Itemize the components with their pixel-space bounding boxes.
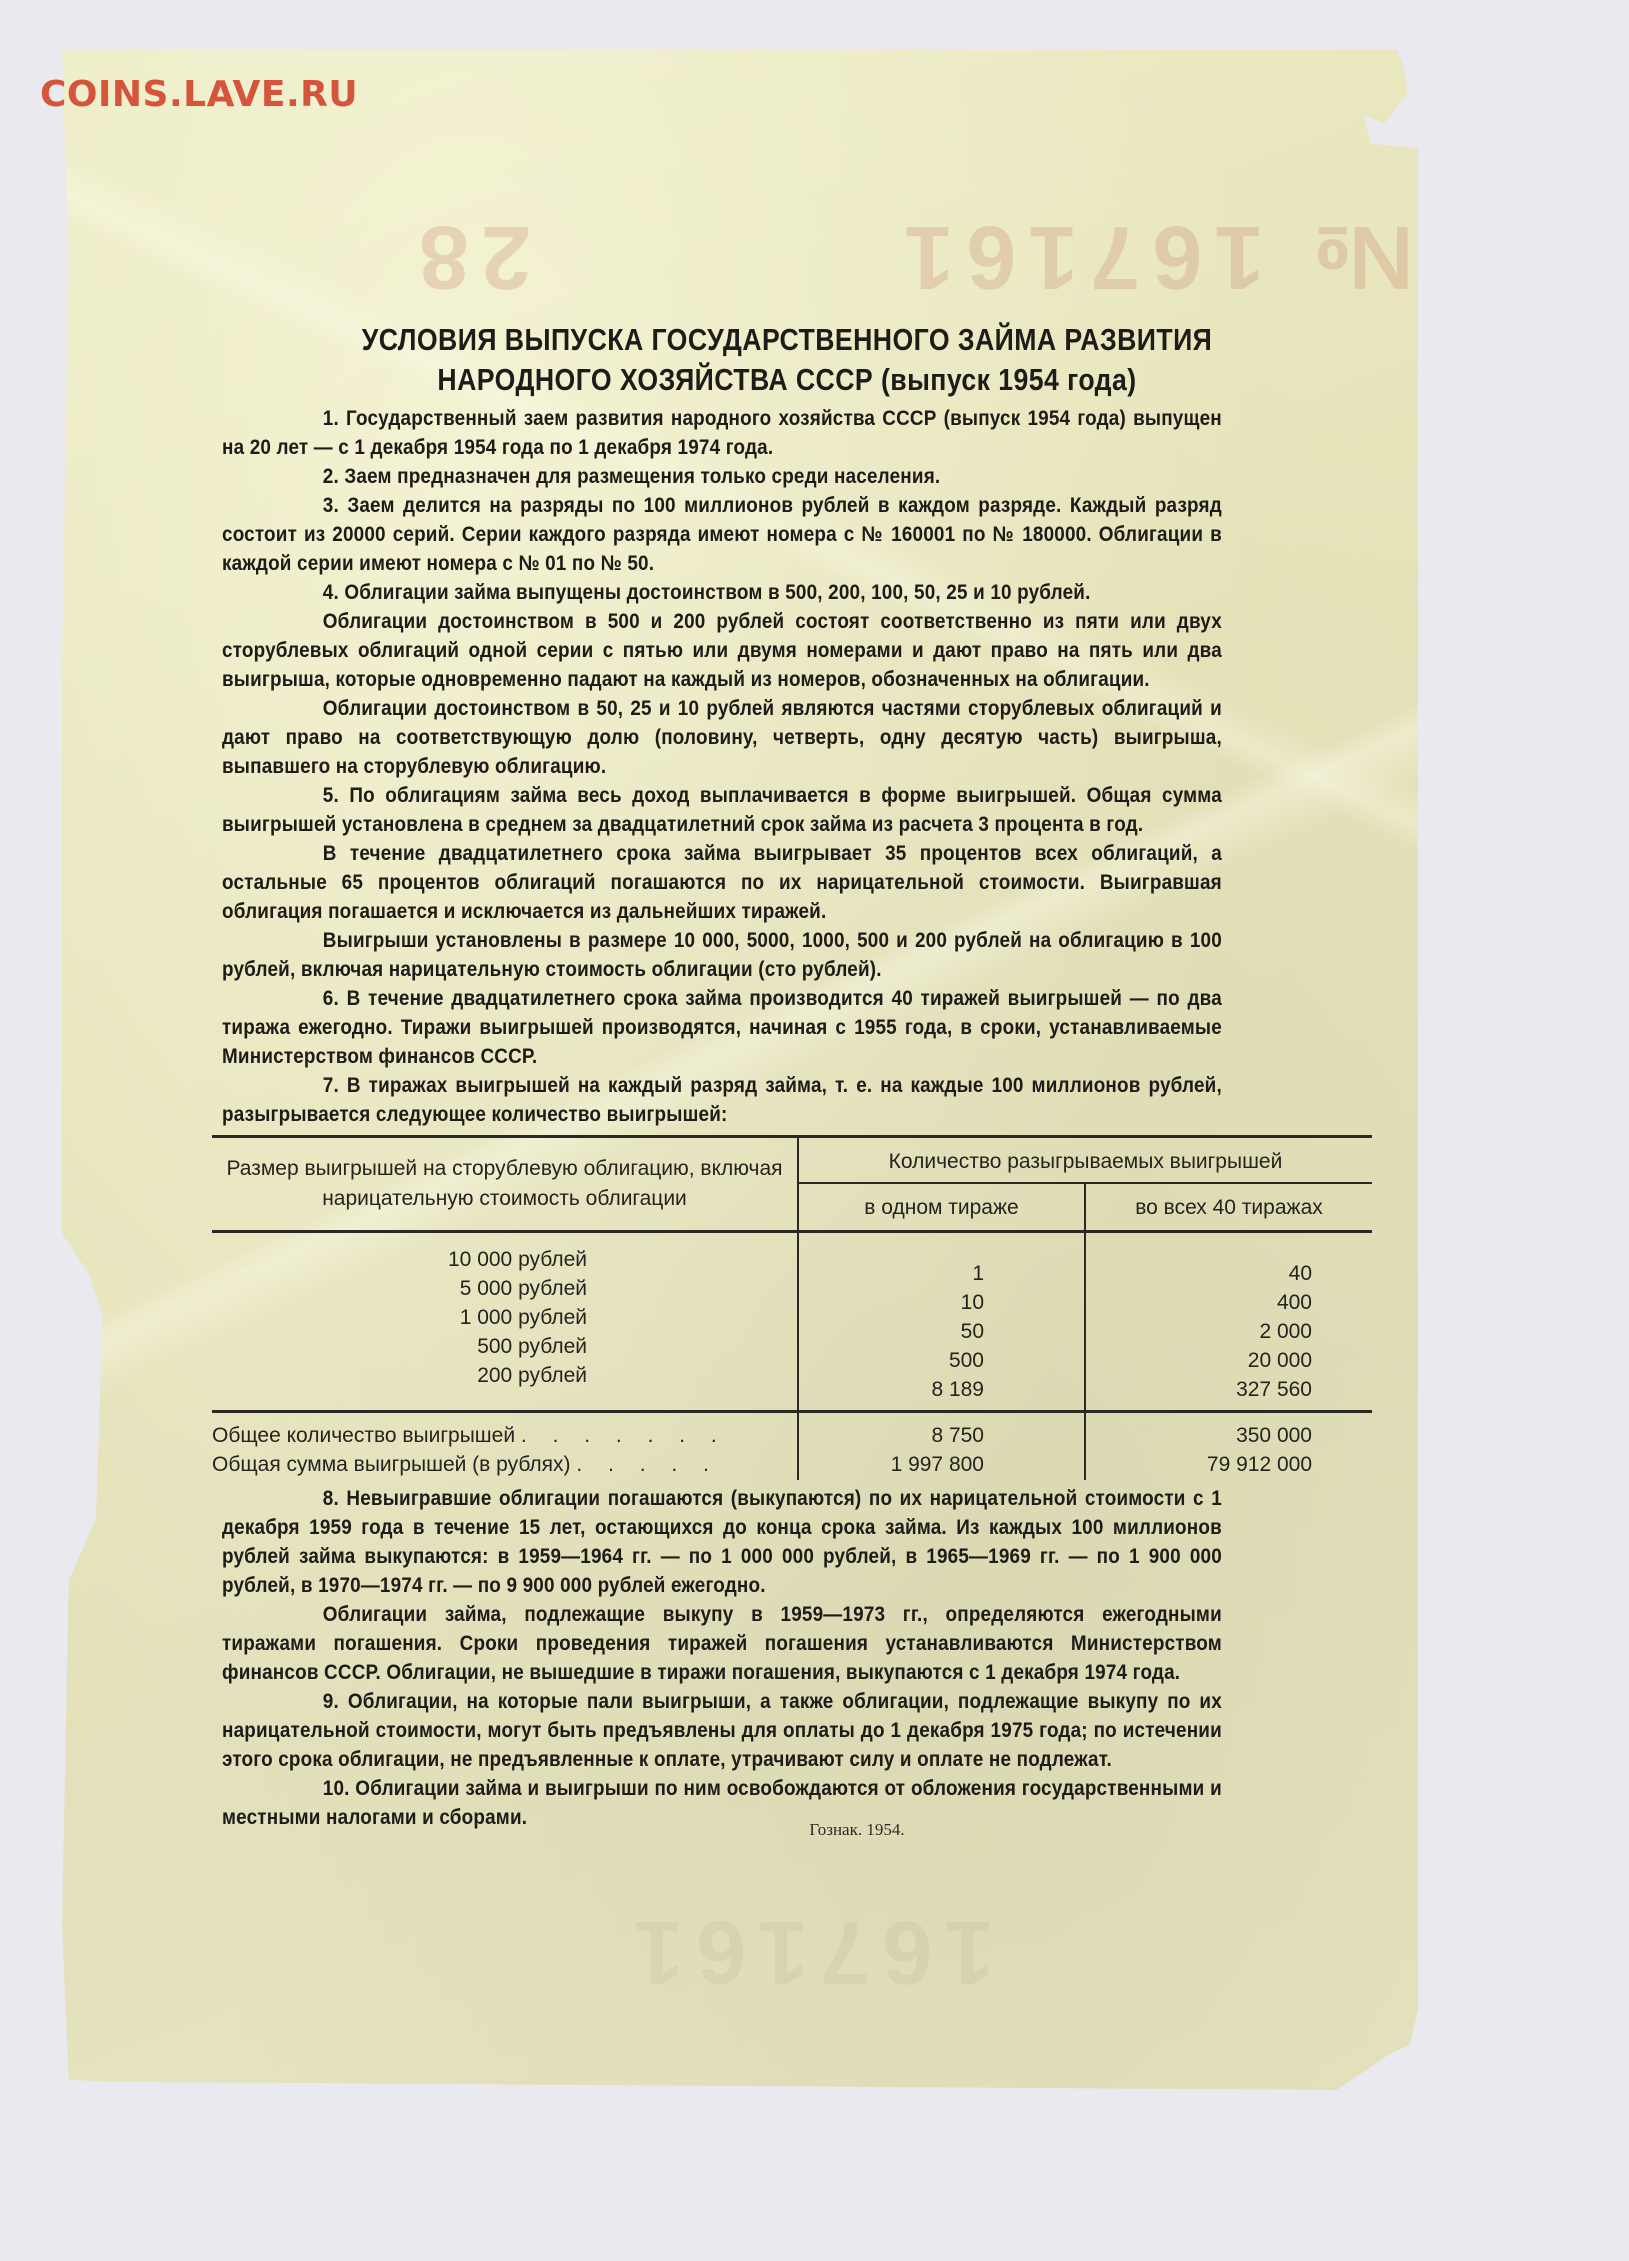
table-row-amount: 500 рублей (213, 1332, 587, 1361)
clause-7: 7. В тиражах выигрышей на каждый разряд … (222, 1071, 1222, 1129)
total-sum-one-draw: 1 997 800 (800, 1450, 984, 1479)
table-row-one-draw: 1 (800, 1259, 984, 1288)
table-row-all-draws: 40 (1087, 1259, 1312, 1288)
table-row-all-draws: 20 000 (1087, 1346, 1312, 1375)
printer-imprint: Гознак. 1954. (222, 1820, 1492, 1840)
clause-4: 4. Облигации займа выпущены достоинством… (222, 578, 1222, 607)
totals-labels: Общее количество выигрышей . . . . . . .… (212, 1412, 798, 1481)
total-count-one-draw: 8 750 (800, 1421, 984, 1450)
table-row-one-draw: 8 189 (800, 1375, 984, 1404)
clause-2: 2. Заем предназначен для размещения толь… (222, 462, 1222, 491)
table-body: 10 000 рублей 5 000 рублей 1 000 рублей … (212, 1232, 1372, 1412)
table-totals: Общее количество выигрышей . . . . . . .… (212, 1412, 1372, 1481)
winnings-table: Размер выигрышей на сторублевую облигаци… (212, 1135, 1372, 1480)
faded-serial-number: № 167161 (892, 205, 1414, 308)
totals-all-draws: 350 000 79 912 000 (1085, 1412, 1372, 1481)
total-sum-label: Общая сумма выигрышей (в рублях) . . . .… (212, 1450, 796, 1479)
clause-9: 9. Облигации, на которые пали выигрыши, … (222, 1687, 1222, 1774)
table-row-one-draw: 10 (800, 1288, 984, 1317)
table-row-amount: 200 рублей (213, 1361, 587, 1390)
clause-8: 8. Невыигравшие облигации погашаются (вы… (222, 1484, 1222, 1600)
table-row-all-draws: 327 560 (1087, 1375, 1312, 1404)
table-row-one-draw: 50 (800, 1317, 984, 1346)
total-count-label: Общее количество выигрышей . . . . . . . (212, 1421, 796, 1450)
clause-1: 1. Государственный заем развития народно… (222, 404, 1222, 462)
table-row-amount: 1 000 рублей (213, 1303, 587, 1332)
table-row-amount: 5 000 рублей (213, 1274, 587, 1303)
prize-amounts-column: 10 000 рублей 5 000 рублей 1 000 рублей … (212, 1232, 798, 1412)
table-row-all-draws: 2 000 (1087, 1317, 1312, 1346)
total-count-all-draws: 350 000 (1087, 1421, 1312, 1450)
col-header-prize-size: Размер выигрышей на сторублевую облигаци… (212, 1137, 798, 1232)
document-title: УСЛОВИЯ ВЫПУСКА ГОСУДАРСТВЕННОГО ЗАЙМА Р… (275, 320, 1298, 400)
table-row-one-draw: 500 (800, 1346, 984, 1375)
clause-8-redemption: Облигации займа, подлежащие выкупу в 195… (222, 1600, 1222, 1687)
total-sum-all-draws: 79 912 000 (1087, 1450, 1312, 1479)
clause-6: 6. В течение двадцатилетнего срока займа… (222, 984, 1222, 1071)
col-header-one-draw: в одном тираже (798, 1183, 1085, 1232)
faded-serial-number-bottom: 167161 (622, 1900, 994, 2003)
faded-serial-series: 28 (407, 205, 531, 308)
clause-3: 3. Заем делится на разряды по 100 миллио… (222, 491, 1222, 578)
site-watermark: COINS.LAVE.RU (40, 74, 358, 115)
clause-4-fractions: Облигации достоинством в 50, 25 и 10 руб… (222, 694, 1222, 781)
table-row-amount: 10 000 рублей (213, 1245, 587, 1274)
title-line-2: НАРОДНОГО ХОЗЯЙСТВА СССР (выпуск 1954 го… (275, 360, 1298, 400)
one-draw-column: 1 10 50 500 8 189 (798, 1232, 1085, 1412)
bond-terms-document: УСЛОВИЯ ВЫПУСКА ГОСУДАРСТВЕННОГО ЗАЙМА Р… (222, 320, 1382, 1832)
all-draws-column: 40 400 2 000 20 000 327 560 (1085, 1232, 1372, 1412)
col-group-header-count: Количество разыгрываемых выигрышей (798, 1137, 1372, 1184)
col-header-all-draws: во всех 40 тиражах (1085, 1183, 1372, 1232)
title-line-1: УСЛОВИЯ ВЫПУСКА ГОСУДАРСТВЕННОГО ЗАЙМА Р… (275, 320, 1298, 360)
clause-5-prizes: Выигрыши установлены в размере 10 000, 5… (222, 926, 1222, 984)
clause-5: 5. По облигациям займа весь доход выплач… (222, 781, 1222, 839)
clause-4-denominations: Облигации достоинством в 500 и 200 рубле… (222, 607, 1222, 694)
clause-5-percent: В течение двадцатилетнего срока займа вы… (222, 839, 1222, 926)
totals-one-draw: 8 750 1 997 800 (798, 1412, 1085, 1481)
table-row-all-draws: 400 (1087, 1288, 1312, 1317)
